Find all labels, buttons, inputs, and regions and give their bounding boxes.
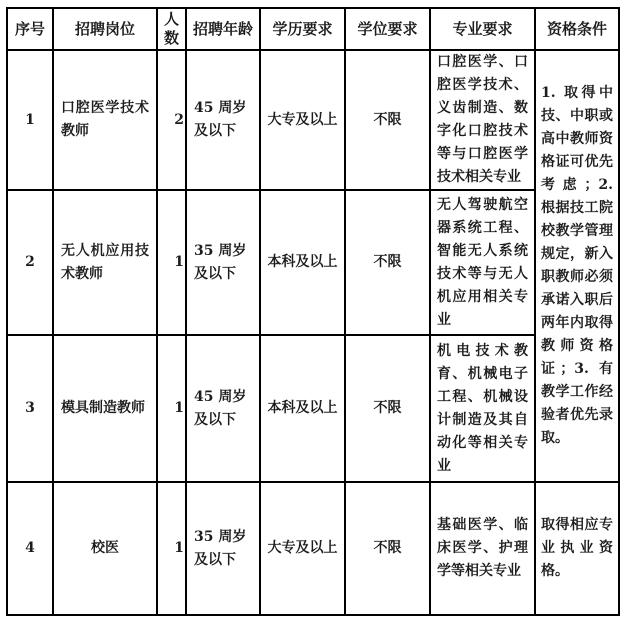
cell-position: 模具制造教师 <box>53 335 157 482</box>
cell-degree: 不限 <box>345 50 430 190</box>
col-header-major: 专业要求 <box>430 8 535 50</box>
cell-qualification-merged: 1. 取得中技、中职或高中教师资格证可优先考虑；2. 根据技工院校教学管理规定，… <box>535 50 619 482</box>
recruitment-table: 序号 招聘岗位 人数 招聘年龄 学历要求 学位要求 专业要求 资格条件 1 口腔… <box>6 7 620 616</box>
cell-major: 基础医学、临床医学、护理学等相关专业 <box>430 482 535 615</box>
col-header-position: 招聘岗位 <box>53 8 157 50</box>
cell-no: 2 <box>7 190 53 335</box>
cell-age: 45 周岁及以下 <box>186 335 260 482</box>
col-header-education: 学历要求 <box>260 8 345 50</box>
cell-count: 1 <box>157 482 186 615</box>
cell-education: 本科及以上 <box>260 190 345 335</box>
cell-major: 机电技术教育、机械电子工程、机械设计制造及其自动化等相关专业 <box>430 335 535 482</box>
cell-no: 3 <box>7 335 53 482</box>
cell-count: 1 <box>157 190 186 335</box>
recruitment-notice-page: 序号 招聘岗位 人数 招聘年龄 学历要求 学位要求 专业要求 资格条件 1 口腔… <box>0 0 627 623</box>
col-header-count: 人数 <box>157 8 186 50</box>
table-row: 3 模具制造教师 1 45 周岁及以下 本科及以上 不限 机电技术教育、机械电子… <box>7 335 619 482</box>
cell-degree: 不限 <box>345 335 430 482</box>
col-header-age: 招聘年龄 <box>186 8 260 50</box>
cell-position: 校医 <box>53 482 157 615</box>
cell-degree: 不限 <box>345 482 430 615</box>
cell-age: 35 周岁及以下 <box>186 190 260 335</box>
cell-age: 35 周岁及以下 <box>186 482 260 615</box>
table-row: 2 无人机应用技术教师 1 35 周岁及以下 本科及以上 不限 无人驾驶航空器系… <box>7 190 619 335</box>
col-header-no: 序号 <box>7 8 53 50</box>
cell-education: 本科及以上 <box>260 335 345 482</box>
cell-count: 1 <box>157 335 186 482</box>
cell-major: 无人驾驶航空器系统工程、智能无人系统技术等与无人机应用相关专业 <box>430 190 535 335</box>
table-header-row: 序号 招聘岗位 人数 招聘年龄 学历要求 学位要求 专业要求 资格条件 <box>7 8 619 50</box>
cell-qualification: 取得相应专业执业资格。 <box>535 482 619 615</box>
col-header-degree: 学位要求 <box>345 8 430 50</box>
cell-no: 1 <box>7 50 53 190</box>
cell-count: 2 <box>157 50 186 190</box>
cell-education: 大专及以上 <box>260 50 345 190</box>
cell-major: 口腔医学、口腔医学技术、义齿制造、数字化口腔技术等与口腔医学技术相关专业 <box>430 50 535 190</box>
col-header-qualification: 资格条件 <box>535 8 619 50</box>
cell-no: 4 <box>7 482 53 615</box>
cell-education: 大专及以上 <box>260 482 345 615</box>
cell-age: 45 周岁及以下 <box>186 50 260 190</box>
cell-degree: 不限 <box>345 190 430 335</box>
cell-position: 无人机应用技术教师 <box>53 190 157 335</box>
table-row: 1 口腔医学技术教师 2 45 周岁及以下 大专及以上 不限 口腔医学、口腔医学… <box>7 50 619 190</box>
cell-position: 口腔医学技术教师 <box>53 50 157 190</box>
table-row: 4 校医 1 35 周岁及以下 大专及以上 不限 基础医学、临床医学、护理学等相… <box>7 482 619 615</box>
